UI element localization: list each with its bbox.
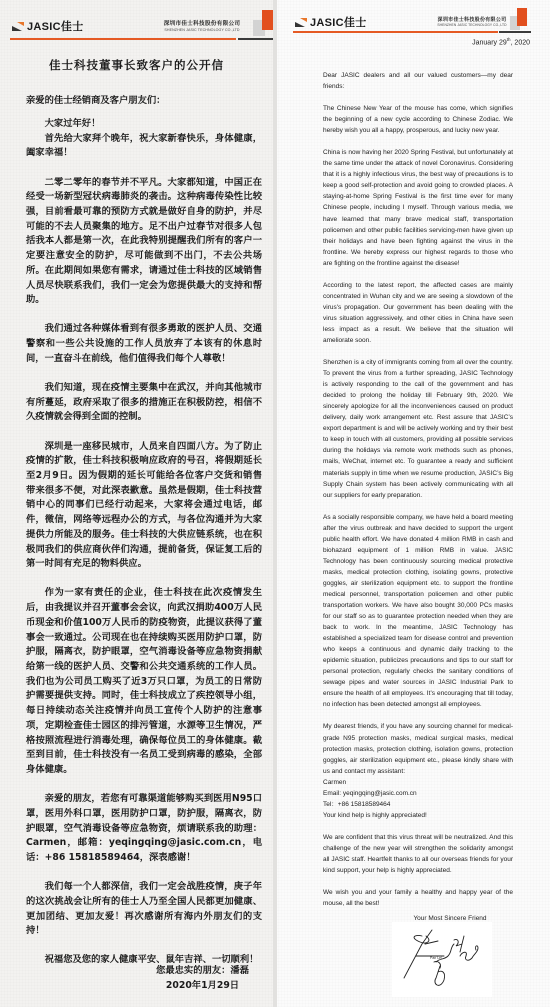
- letter-date: 2020年1月29日: [156, 978, 249, 993]
- signoff: Your Most Sincere Friend: [395, 915, 505, 922]
- orange-block-decoration: [517, 8, 527, 26]
- contact-thanks: Your kind help is highly appreciated!: [323, 810, 513, 821]
- contact-email[interactable]: Email: yeqingqing@jasic.com.cn: [323, 788, 513, 799]
- salutation: 亲爱的佳士经销商及客户朋友们：: [26, 92, 165, 106]
- signature-block: 您最忠实的朋友：潘磊 2020年1月29日: [156, 963, 249, 993]
- signature-icon: Pan Lei: [392, 922, 492, 997]
- company-name-cn: 深圳市佳士科技股份有限公司: [152, 22, 252, 28]
- signoff: 您最忠实的朋友：潘磊: [156, 963, 249, 978]
- paragraph: 二零二零年的春节并不平凡。大家都知道，中国正在经受一场新型冠状病毒肺炎的袭击。这…: [26, 176, 262, 308]
- paragraph: 作为一家有责任的企业，佳士科技在此次疫情发生后，由我提议并召开董事会会议，向武汉…: [26, 586, 262, 777]
- letterhead: JASIC佳士 深圳市佳士科技股份有限公司 SHENZHEN JASIC TEC…: [0, 0, 273, 45]
- date-year: , 2020: [511, 39, 530, 46]
- paragraph: Shenzhen is a city of immigrants coming …: [323, 357, 513, 501]
- paragraph: We wish you and your family a healthy an…: [323, 887, 513, 909]
- jasic-logo-icon: [293, 18, 307, 27]
- orange-rule: [10, 38, 236, 40]
- paragraph: As a socially responsible company, we ha…: [323, 512, 513, 711]
- orange-rule: [293, 31, 498, 33]
- paragraph: 我们每一个人都深信，我们一定会战胜疫情，庚子年的这次挑战会让所有的佳士人乃至全国…: [26, 880, 262, 939]
- jasic-logo: JASIC佳士: [10, 18, 84, 34]
- svg-text:Pan Lei: Pan Lei: [430, 956, 442, 960]
- letter-title: 佳士科技董事长致客户的公开信: [0, 57, 273, 73]
- paragraph: 我们知道，现在疫情主要集中在武汉，并向其他城市有所蔓延，政府采取了很多的措施正在…: [26, 381, 262, 425]
- greeting: 大家过年好！: [26, 117, 262, 132]
- jasic-logo: JASIC佳士: [293, 14, 367, 30]
- paragraph: We are confident that this virus threat …: [323, 832, 513, 876]
- contact-phone: Tel：+86 15818589464: [323, 799, 513, 810]
- date-month-day: January 29: [472, 39, 507, 46]
- handwritten-signature: Pan Lei: [392, 922, 492, 997]
- contact-paragraph: My dearest friends, if you have any sour…: [323, 721, 513, 820]
- orange-block-decoration: [262, 10, 273, 30]
- letter-body: Dear JASIC dealers and all our valued cu…: [323, 70, 513, 920]
- salutation: Dear JASIC dealers and all our valued cu…: [323, 70, 513, 92]
- company-name-en: SHENZHEN JASIC TECHNOLOGY CO.,LTD: [427, 24, 517, 27]
- paragraph: 亲爱的朋友，若您有可靠渠道能够购买到医用N95口罩，医用外科口罩，医用防护口罩，…: [26, 792, 262, 866]
- dark-rule: [499, 31, 531, 33]
- company-name: 深圳市佳士科技股份有限公司 SHENZHEN JASIC TECHNOLOGY …: [152, 22, 252, 32]
- chinese-letter-page: JASIC佳士 深圳市佳士科技股份有限公司 SHENZHEN JASIC TEC…: [0, 0, 273, 1007]
- dark-rule: [238, 38, 273, 40]
- letter-date: January 29th, 2020: [472, 37, 530, 46]
- letter-body: 大家过年好！ 首先给大家拜个晚年，祝大家新春快乐，身体健康，阖家幸福！ 二零二零…: [26, 117, 262, 983]
- contact-request: My dearest friends, if you have any sour…: [323, 721, 513, 776]
- paragraph: 首先给大家拜个晚年，祝大家新春快乐，身体健康，阖家幸福！: [26, 132, 262, 161]
- logo-text: JASIC佳士: [27, 18, 84, 34]
- contact-name: Carmen: [323, 777, 513, 788]
- company-name: 深圳市佳士科技股份有限公司 SHENZHEN JASIC TECHNOLOGY …: [427, 18, 517, 27]
- jasic-logo-icon: [10, 22, 24, 31]
- logo-text: JASIC佳士: [310, 14, 367, 30]
- paragraph: 我们通过各种媒体看到有很多勇敢的医护人员、交通警察和一些公共设施的工作人员放弃了…: [26, 322, 262, 366]
- paragraph: According to the latest report, the affe…: [323, 280, 513, 346]
- paragraph: China is now having her 2020 Spring Fest…: [323, 147, 513, 269]
- company-name-en: SHENZHEN JASIC TECHNOLOGY CO.,LTD: [152, 29, 252, 33]
- paragraph: 深圳是一座移民城市，人员来自四面八方。为了防止疫情的扩散，佳士科技积极响应政府的…: [26, 440, 262, 572]
- paragraph: The Chinese New Year of the mouse has co…: [323, 103, 513, 136]
- english-letter-page: JASIC佳士 深圳市佳士科技股份有限公司 SHENZHEN JASIC TEC…: [277, 0, 550, 1007]
